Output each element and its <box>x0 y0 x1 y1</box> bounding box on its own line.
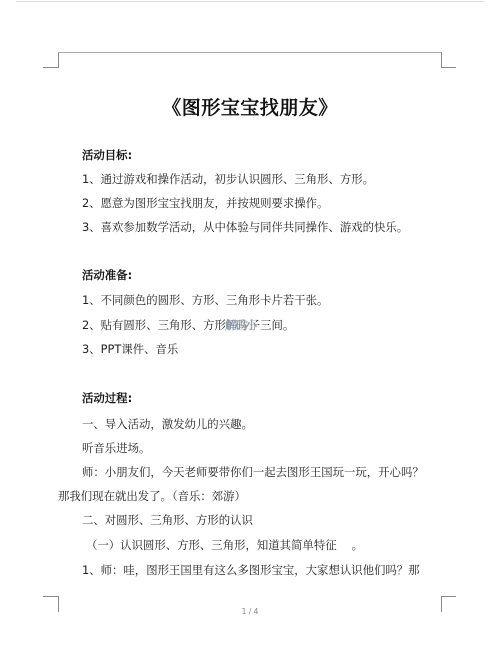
prep-item-2-text: 2、贴有圆形、三角形、方形 <box>82 318 226 332</box>
prep-item-1: 1、不同颜色的圆形、方形、三角形卡片若干张。 <box>82 293 328 307</box>
section-heading-goals: 活动目标: <box>82 148 132 162</box>
process-line-4: 那我们现在就出发了。（音乐：郊游） <box>58 489 246 503</box>
crop-mark-bottom-right <box>441 596 456 597</box>
watermark: 的房解码小 <box>226 318 249 332</box>
process-line-7: 1、师：哇，图形王国里有这么多图形宝宝，大家想认识他们吗？那 <box>82 563 420 577</box>
goal-item-2: 2、愿意为图形宝宝找朋友，并按规则要求操作。 <box>82 196 328 210</box>
process-line-1: 一、导入活动，激发幼儿的兴趣。 <box>82 417 253 431</box>
process-line-5: 二、对圆形、三角形、方形的认识 <box>82 513 253 527</box>
section-heading-process: 活动过程: <box>82 391 132 405</box>
header-rule <box>58 52 441 53</box>
crop-mark-top-right-vertical <box>441 52 442 68</box>
prep-item-2: 2、贴有圆形、三角形、方形的房解码小子三间。 <box>82 318 294 332</box>
prep-item-3: 3、PPT课件、音乐 <box>82 342 178 356</box>
goal-item-3: 3、喜欢参加数学活动，从中体验与同伴共同操作、游戏的快乐。 <box>82 220 408 234</box>
process-line-2: 听音乐进场。 <box>82 441 150 455</box>
section-heading-preparation: 活动准备: <box>82 268 132 282</box>
document-title: 《图形宝宝找朋友》 <box>0 93 500 120</box>
viewer-top-border <box>16 1 484 2</box>
process-line-3: 师：小朋友们，今天老师要带你们一起去图形王国玩一玩，开心吗？ <box>82 465 424 479</box>
crop-mark-bottom-left <box>43 596 58 597</box>
process-line-6: （一）认识圆形、方形、三角形，知道其简单特征 。 <box>86 538 363 552</box>
crop-mark-top-left-vertical <box>58 52 59 68</box>
watermark-overlay: 解码小 <box>225 318 256 332</box>
crop-mark-top-right <box>441 67 456 68</box>
page-indicator: 1 / 4 <box>0 607 500 616</box>
goal-item-1: 1、通过游戏和操作活动，初步认识圆形、三角形、方形。 <box>82 172 374 186</box>
crop-mark-top-left <box>43 67 58 68</box>
